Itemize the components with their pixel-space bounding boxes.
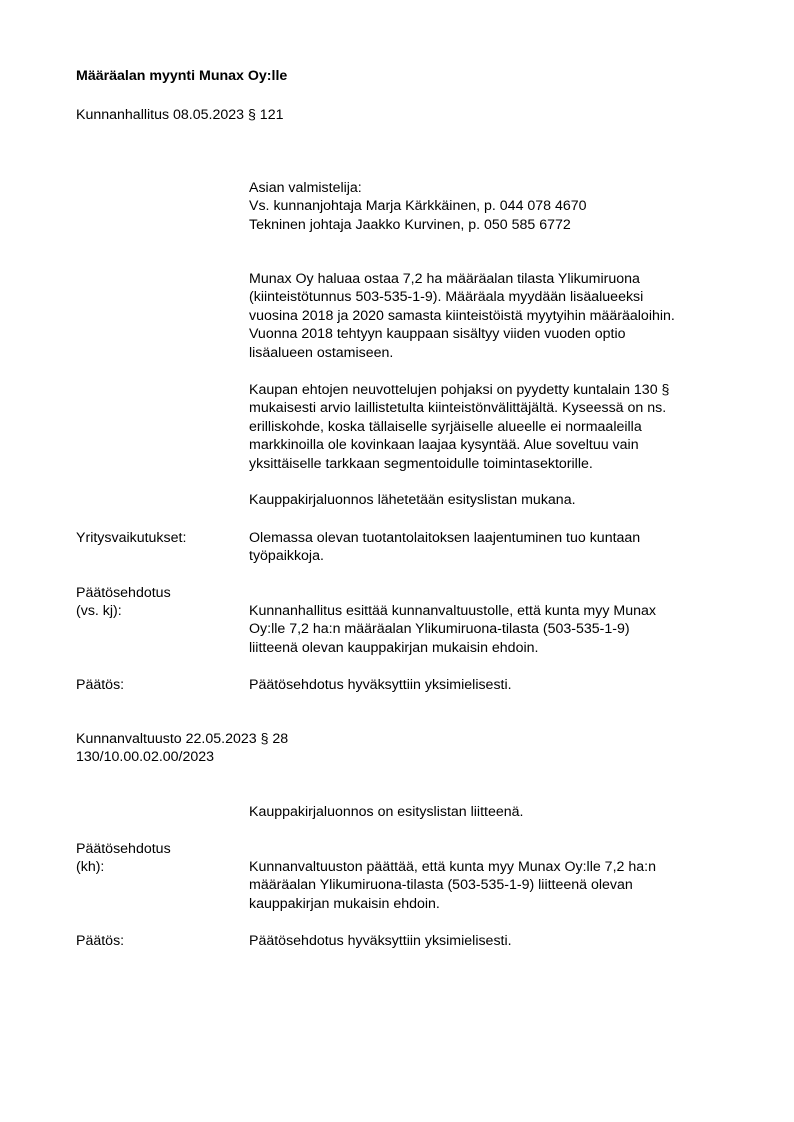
text-line: Oy:lle 7,2 ha:n määräalan Ylikumiruona-t… [249,620,656,638]
text-line: liitteenä olevan kauppakirjan mukaisin e… [249,639,656,657]
kv-decision-text: Päätösehdotus hyväksyttiin yksimielisest… [249,932,512,950]
paragraph-draft-note: Kauppakirjaluonnos lähetetään esityslist… [249,491,576,509]
preparer-label: Asian valmistelija: [249,179,587,197]
label-line: (kh): [76,858,171,876]
kv-proposal-text: Kunnanvaltuuston päättää, että kunta myy… [249,858,656,913]
paragraph-negotiation: Kaupan ehtojen neuvottelujen pohjaksi on… [249,381,669,473]
text-line: Munax Oy haluaa ostaa 7,2 ha määräalan t… [249,270,675,288]
kh-meeting-header: Kunnanhallitus 08.05.2023 § 121 [76,106,283,124]
kh-decision-text: Päätösehdotus hyväksyttiin yksimielisest… [249,676,512,694]
label-line: Päätösehdotus [76,584,171,602]
kv-draft-note: Kauppakirjaluonnos on esityslistan liitt… [249,803,523,821]
text-line: Kaupan ehtojen neuvottelujen pohjaksi on… [249,381,669,399]
text-line: Vuonna 2018 tehtyyn kauppaan sisältyy vi… [249,325,675,343]
preparer-line: Tekninen johtaja Jaakko Kurvinen, p. 050… [249,216,587,234]
text-line: vuosina 2018 ja 2020 samasta kiinteistöi… [249,307,675,325]
text-line: lisäalueen ostamiseen. [249,344,675,362]
text-line: erilliskohde, koska tällaiselle syrjäise… [249,418,669,436]
kv-decision-label: Päätös: [76,932,124,950]
kv-reference-number: 130/10.00.02.00/2023 [76,748,214,766]
kh-decision-label: Päätös: [76,676,124,694]
company-impacts-label: Yritysvaikutukset: [76,529,186,547]
text-line: Kunnanvaltuuston päättää, että kunta myy… [249,858,656,876]
preparer-block: Asian valmistelija: Vs. kunnanjohtaja Ma… [249,179,587,234]
kv-meeting-header: Kunnanvaltuusto 22.05.2023 § 28 [76,730,288,748]
text-line: työpaikkoja. [249,547,640,565]
kv-proposal-label: Päätösehdotus (kh): [76,840,171,877]
text-line: (kiinteistötunnus 503-535-1-9). Määräala… [249,288,675,306]
text-line: määräalan Ylikumiruona-tilasta (503-535-… [249,876,656,894]
text-line: Olemassa olevan tuotantolaitoksen laajen… [249,529,640,547]
kh-proposal-text: Kunnanhallitus esittää kunnanvaltuustoll… [249,602,656,657]
label-line: (vs. kj): [76,602,171,620]
text-line: yksittäiselle tarkkaan segmentoidulle to… [249,455,669,473]
text-line: markkinoilla ole kovinkaan laajaa kysynt… [249,436,669,454]
company-impacts-text: Olemassa olevan tuotantolaitoksen laajen… [249,529,640,566]
paragraph-background: Munax Oy haluaa ostaa 7,2 ha määräalan t… [249,270,675,362]
text-line: kauppakirjan mukaisin ehdoin. [249,895,656,913]
preparer-line: Vs. kunnanjohtaja Marja Kärkkäinen, p. 0… [249,197,587,215]
kh-proposal-label: Päätösehdotus (vs. kj): [76,584,171,621]
document-title: Määräalan myynti Munax Oy:lle [76,67,287,85]
text-line: mukaisesti arvio laillistetulta kiinteis… [249,399,669,417]
label-line: Päätösehdotus [76,840,171,858]
text-line: Kunnanhallitus esittää kunnanvaltuustoll… [249,602,656,620]
